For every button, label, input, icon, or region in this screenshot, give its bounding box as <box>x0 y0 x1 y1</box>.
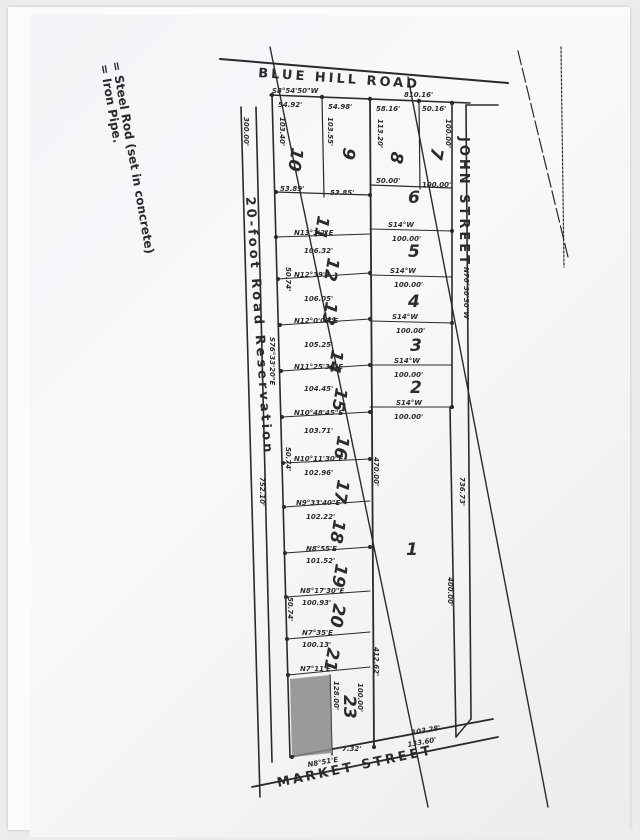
right-total: 736.73' <box>458 477 466 506</box>
lot14-length: 104.45' <box>304 385 333 393</box>
lot12-side: 50.74' <box>284 267 292 291</box>
lot10-front: 54.92' <box>278 101 302 109</box>
bearing-right: N76°30'30"W <box>462 267 470 319</box>
lot-4: 4 <box>407 292 420 312</box>
lot19-bearing: N8°17'30"E <box>300 587 345 595</box>
document-page: BLUE HILL ROAD JOHN STREET MARKET STREET… <box>8 7 630 830</box>
lot9-back: 53.85' <box>330 189 354 197</box>
right-street-length: 400.00' <box>446 577 454 606</box>
lot18-bearing: N8°55'E <box>306 545 337 553</box>
lot4-bearing: S14°W <box>392 313 418 321</box>
lot7-front: 50.16' <box>422 105 446 113</box>
left-top: 300.00' <box>242 117 250 146</box>
lot9-depth: 103.55' <box>326 117 334 146</box>
lot20-side: 50.74' <box>286 597 294 621</box>
lot-6: 6 <box>408 188 420 208</box>
lot-10: 10 <box>283 146 307 173</box>
lot15-length: 103.71' <box>304 427 333 435</box>
inner-total: 470.00' <box>372 457 380 486</box>
lot-15: 15 <box>327 386 351 413</box>
lot7-back: 100.00' <box>422 181 451 189</box>
lot8-front: 58.16' <box>376 105 400 113</box>
lot16-length: 102.96' <box>304 469 333 477</box>
lot5-length: 100.00' <box>394 281 423 289</box>
lot-3: 3 <box>410 336 422 356</box>
shaded-lot-22 <box>290 675 332 757</box>
lot-13: 13 <box>317 300 341 327</box>
lot-23: 23 <box>339 695 359 719</box>
lot-1: 1 <box>406 540 418 560</box>
lot-5: 5 <box>408 242 420 262</box>
lot-7: 7 <box>425 146 447 161</box>
lot23-depth: 128.00' <box>332 681 340 710</box>
lot-17: 17 <box>329 478 353 505</box>
lot-18: 18 <box>325 518 349 545</box>
lot16-side: 50.74' <box>284 447 292 471</box>
bearing-top-total: 810.16' <box>404 91 433 99</box>
bottom-len3: 7.32' <box>342 745 361 753</box>
lot-12: 12 <box>319 256 343 283</box>
lot-11: 11 <box>309 214 333 241</box>
lot4-length: 100.00' <box>396 327 425 335</box>
lot7-depth: 100.00' <box>444 119 452 148</box>
left-total: 752.10' <box>258 477 266 506</box>
lot9-front: 54.98' <box>328 103 352 111</box>
lot-20: 20 <box>325 602 349 629</box>
lot6-bearing: S14°W <box>388 221 414 229</box>
lot-19: 19 <box>327 562 351 589</box>
lot20-bearing: N7°35'E <box>302 629 333 637</box>
lot-2: 2 <box>410 378 422 398</box>
lot8-back: 50.00' <box>376 177 400 185</box>
lot-16: 16 <box>329 434 353 461</box>
bottom-len1: 103.28' <box>411 724 441 737</box>
lot10-back: 53.89' <box>280 185 304 193</box>
lot5-bearing: S14°W <box>390 267 416 275</box>
lot2-length: 100.00' <box>394 413 423 421</box>
lot23-side: 100.00' <box>356 683 364 712</box>
lot19-length: 100.93' <box>302 599 331 607</box>
lot-9: 9 <box>337 146 359 161</box>
lot10-depth: 103.40' <box>278 117 286 146</box>
plat-drawing: BLUE HILL ROAD JOHN STREET MARKET STREET… <box>30 15 630 837</box>
bearing-top: S8°54'50"W <box>272 87 319 95</box>
road-label-right: JOHN STREET <box>456 136 471 267</box>
left-bearing: S76°33'20"E <box>268 337 276 386</box>
lot-21: 21 <box>319 646 343 673</box>
lot3-bearing: S14°W <box>394 357 420 365</box>
lot2-bearing: S14°W <box>396 399 422 407</box>
lot-8: 8 <box>385 150 407 165</box>
lot11-length: 106.32' <box>304 247 333 255</box>
lot-14: 14 <box>323 348 347 375</box>
scanned-survey-plat: BLUE HILL ROAD JOHN STREET MARKET STREET… <box>30 15 630 837</box>
lot8-depth: 113.20' <box>376 119 384 148</box>
inner-lower: 412.62' <box>372 647 380 676</box>
right-column-lots: 6 S14°W 100.00' 5 S14°W 100.00' 4 S14°W … <box>388 188 425 560</box>
